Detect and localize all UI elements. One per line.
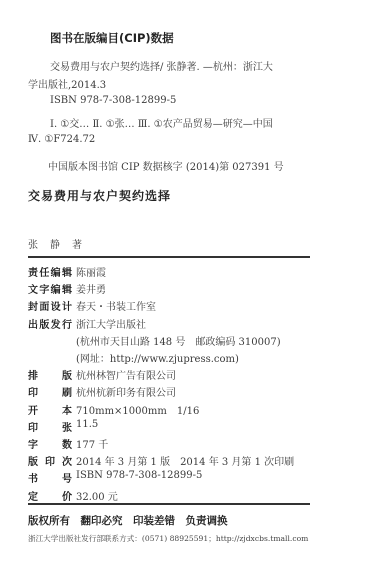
credit-label: 印张: [28, 419, 72, 434]
credit-label: 责任编辑: [28, 264, 72, 279]
credit-label-char: 编: [51, 281, 61, 296]
credit-label-char: 印: [28, 419, 38, 434]
credit-label-char: 书: [28, 470, 38, 485]
credit-label-char: 次: [62, 453, 72, 468]
cip-isbn: ISBN 978-7-308-12899-5: [50, 95, 176, 106]
credit-label-char: 张: [62, 419, 72, 434]
credit-label-char: 计: [62, 298, 72, 313]
credit-label: 出版发行: [28, 316, 72, 331]
cip-line-2: 学出版社,2014.3: [28, 76, 106, 91]
credit-value: 陈丽霞: [76, 264, 106, 279]
credit-label: 排版: [28, 367, 72, 382]
credit-label-char: 发: [51, 316, 61, 331]
credit-value: 2014 年 3 月第 1 版 2014 年 3 月第 1 次印刷: [76, 453, 294, 468]
credit-label-char: 印: [28, 384, 38, 399]
credit-label-char: 版: [39, 316, 49, 331]
credit-label-char: 本: [62, 402, 72, 417]
cip-line-1: 交易费用与农户契约选择/ 张静著. —杭州：浙江大: [50, 58, 273, 73]
credit-label-char: 版: [28, 453, 38, 468]
cip-classification-1: Ⅰ. ①交… Ⅱ. ①张… Ⅲ. ①农产品贸易—研究—中国: [50, 115, 273, 130]
credit-label-char: 数: [62, 436, 72, 451]
credit-label-char: 编: [51, 264, 61, 279]
credit-label-char: 文: [28, 281, 38, 296]
credit-label-char: 辑: [62, 264, 72, 279]
credit-label-char: 刷: [62, 384, 72, 399]
credit-label: 版印次: [28, 453, 72, 468]
credit-label: 印刷: [28, 384, 72, 399]
credit-label-char: 版: [62, 367, 72, 382]
credit-label-char: 行: [62, 316, 72, 331]
cip-record-number: 中国版本图书馆 CIP 数据核字 (2014)第 027391 号: [48, 158, 284, 173]
credit-label: 封面设计: [28, 298, 72, 313]
credit-value: 春天・书装工作室: [76, 298, 156, 313]
credit-label-char: 定: [28, 488, 38, 503]
credit-value: 姜井勇: [76, 281, 106, 296]
credit-value: 杭州杭新印务有限公司: [76, 384, 176, 399]
credit-value: 710mm×1000mm 1/16: [76, 402, 199, 417]
credit-label: 字数: [28, 436, 72, 451]
credit-value: 杭州林智广告有限公司: [76, 367, 176, 382]
credit-value: 32.00 元: [76, 488, 118, 503]
credit-label-char: 字: [39, 281, 49, 296]
credit-label: 文字编辑: [28, 281, 72, 296]
credit-value: 浙江大学出版社: [76, 316, 146, 331]
cip-heading: 图书在版编目(CIP)数据: [50, 30, 174, 46]
copyright-notice: 版权所有 翻印必究 印装差错 负责调换: [28, 513, 228, 528]
credit-label-char: 任: [39, 264, 49, 279]
credit-label: 书号: [28, 470, 72, 485]
publisher-contact: 浙江大学出版社发行部联系方式：(0571) 88925591；http://zj…: [28, 533, 308, 544]
book-title: 交易费用与农户契约选择: [28, 187, 171, 204]
credit-label-char: 字: [28, 436, 38, 451]
credit-label-char: 排: [28, 367, 38, 382]
credit-label: 开本: [28, 402, 72, 417]
credit-label-char: 出: [28, 316, 38, 331]
credit-value: (杭州市天目山路 148 号 邮政编码 310007): [76, 333, 281, 348]
divider-top: [28, 256, 310, 258]
credit-label-char: 印: [45, 453, 55, 468]
credit-label: 定价: [28, 488, 72, 503]
credit-label-char: 设: [51, 298, 61, 313]
credit-label-char: 责: [28, 264, 38, 279]
divider-bottom: [28, 503, 310, 505]
cip-classification-2: Ⅳ. ①F724.72: [28, 134, 95, 145]
credit-label-char: 封: [28, 298, 38, 313]
credit-value: ISBN 978-7-308-12899-5: [76, 470, 202, 481]
credit-value: (网址：http://www.zjupress.com): [76, 350, 239, 365]
credit-label-char: 价: [62, 488, 72, 503]
credit-label-char: 辑: [62, 281, 72, 296]
credit-label-char: 号: [62, 470, 72, 485]
credit-value: 177 千: [76, 436, 108, 451]
credit-value: 11.5: [76, 419, 98, 430]
credit-label-char: 开: [28, 402, 38, 417]
credit-label-char: 面: [39, 298, 49, 313]
book-author: 张 静 著: [28, 236, 83, 251]
